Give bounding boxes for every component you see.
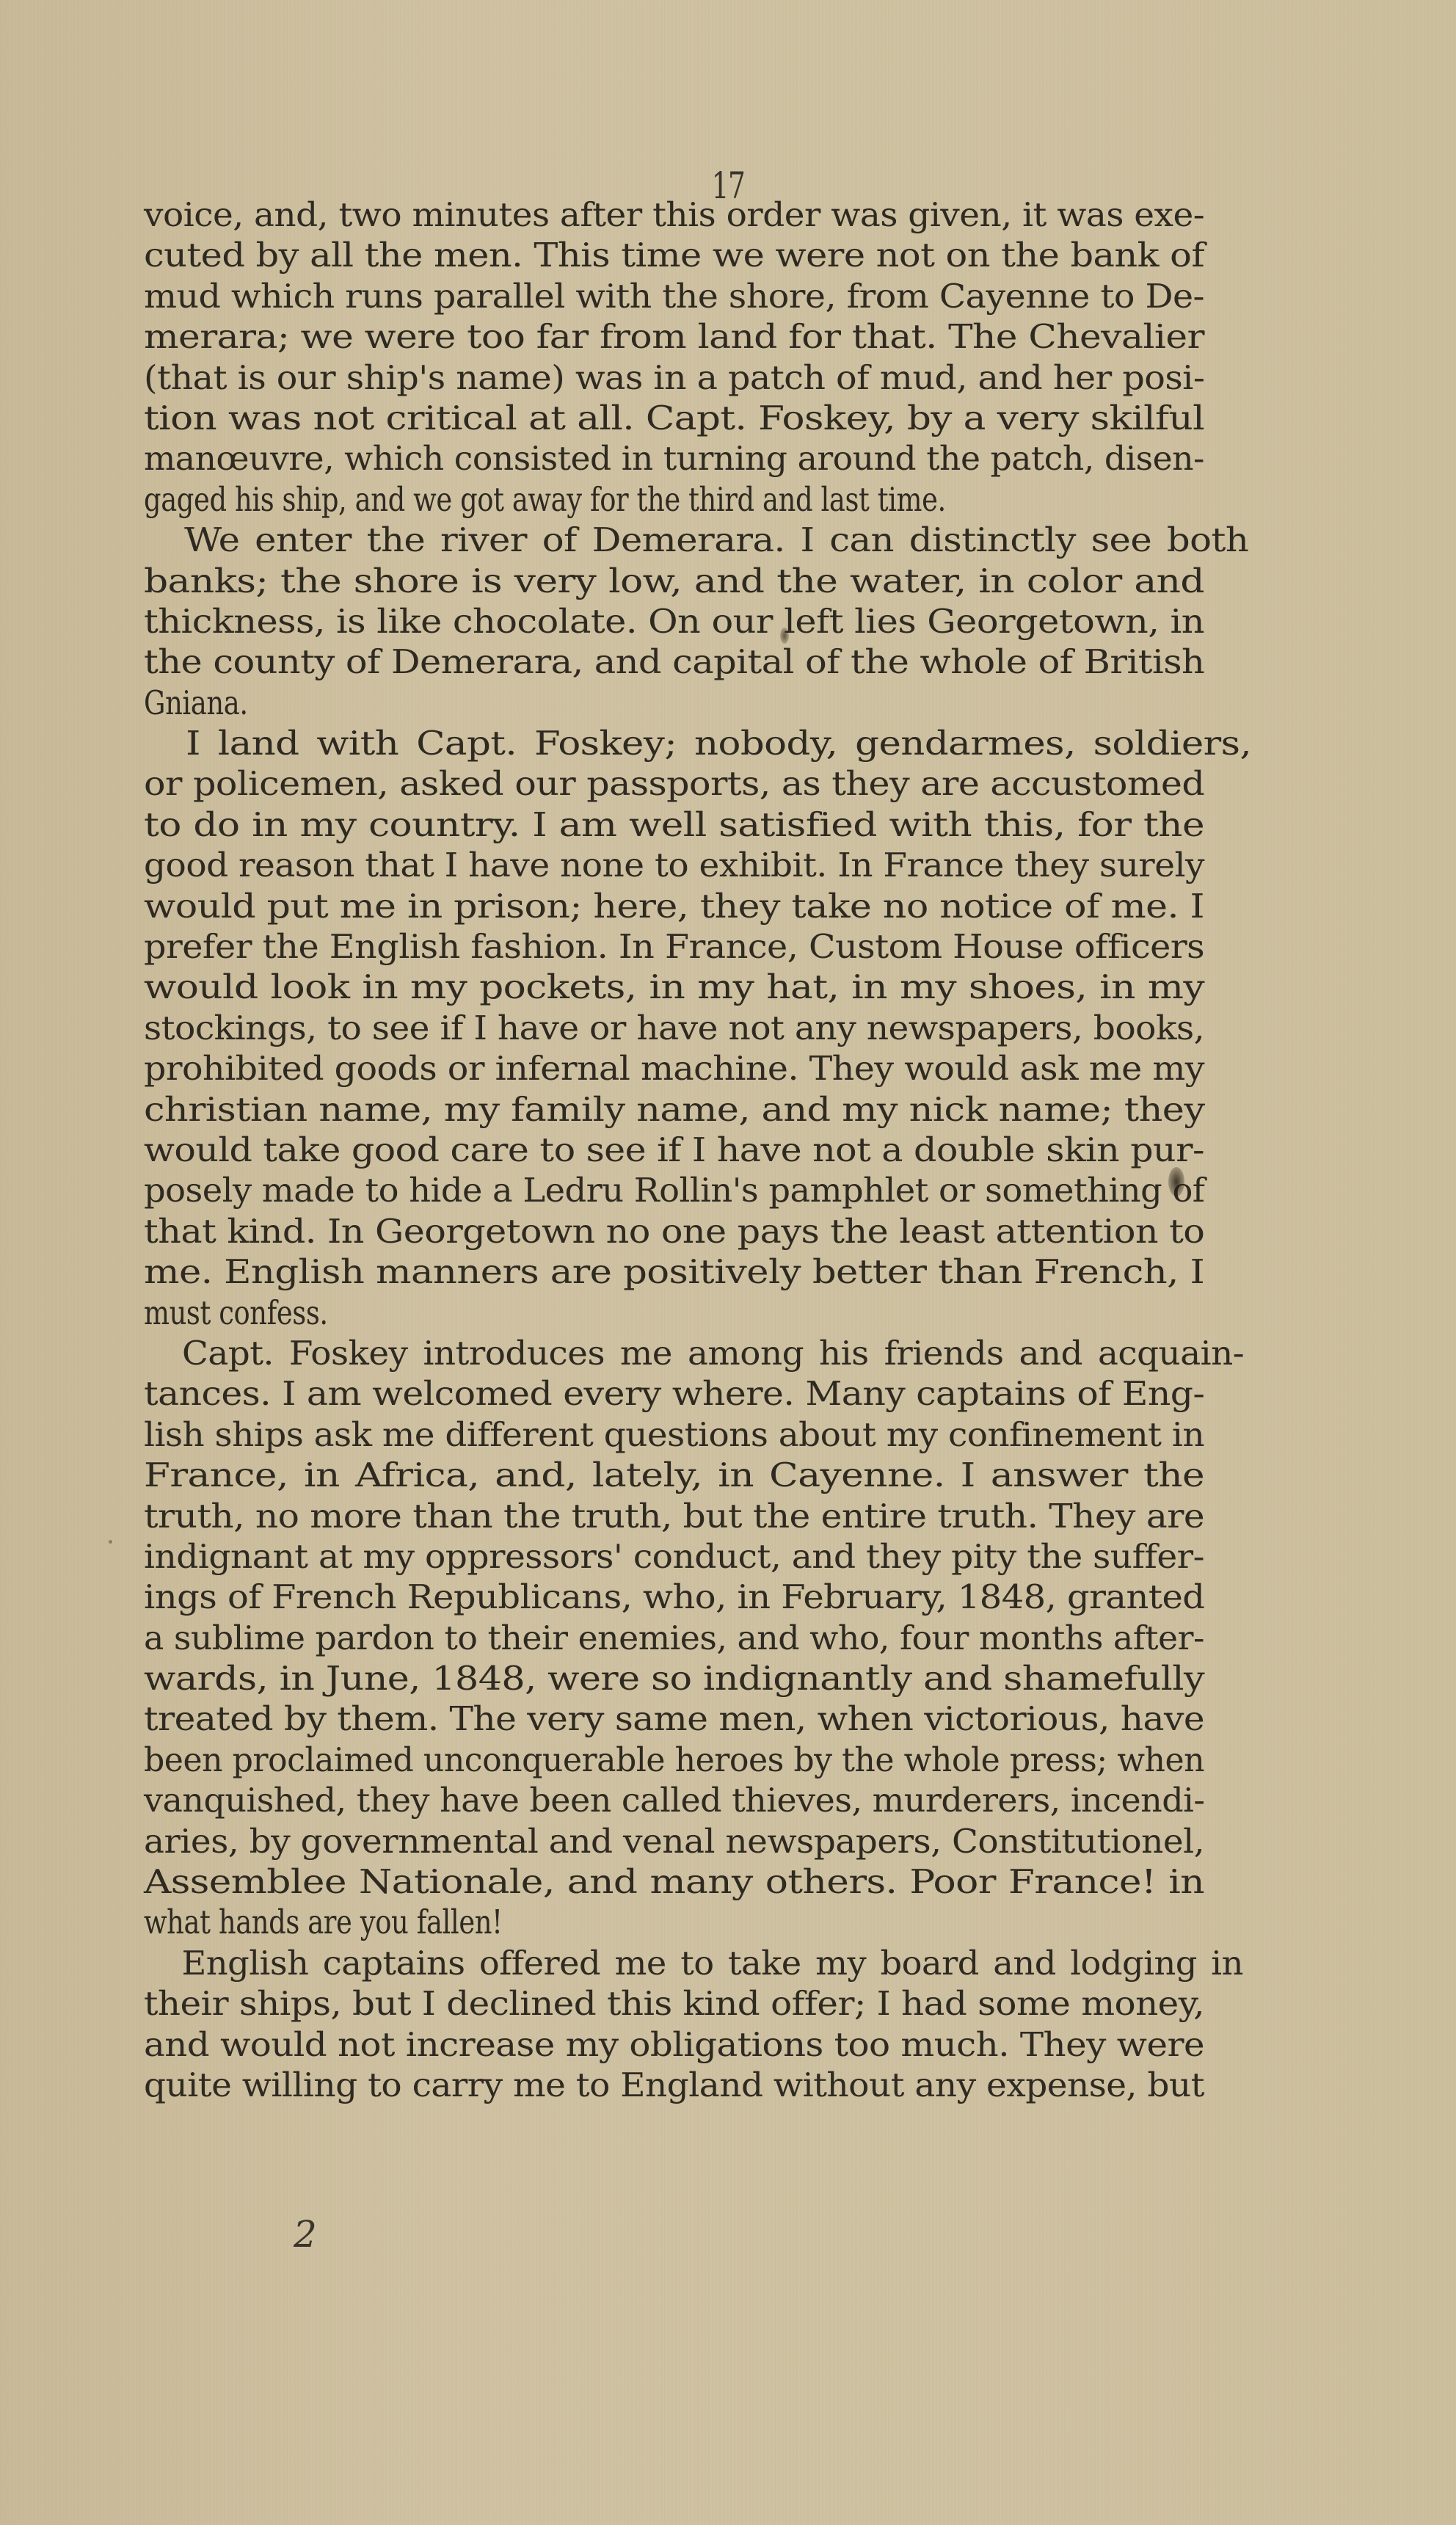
text-line: treated by them. The very same men, when…	[144, 1699, 1204, 1739]
text-line: their ships, but I declined this kind of…	[144, 1983, 1204, 2024]
text-line: (that is our ship's name) was in a patch…	[144, 357, 1204, 398]
text-line: I land with Capt. Foskey; nobody, gendar…	[144, 723, 1251, 763]
text-line: vanquished, they have been called thieve…	[144, 1780, 1204, 1820]
text-line: lish ships ask me different questions ab…	[144, 1414, 1204, 1455]
text-line: stockings, to see if I have or have not …	[144, 1008, 1204, 1048]
text-line: cuted by all the men. This time we were …	[144, 235, 1204, 275]
margin-speck	[109, 1540, 112, 1544]
text-line: Assemblee Nationale, and many others. Po…	[144, 1861, 1204, 1902]
paragraph: I land with Capt. Foskey; nobody, gendar…	[144, 723, 1204, 1333]
text-line: what hands are you fallen!	[144, 1902, 1013, 1942]
text-line: and would not increase my obligations to…	[144, 2024, 1204, 2065]
text-line: We enter the river of Demerara. I can di…	[144, 520, 1248, 560]
text-line: to do in my country. I am well satisfied…	[144, 804, 1204, 845]
text-line: prefer the English fashion. In France, C…	[144, 926, 1204, 967]
text-line: me. English manners are positively bette…	[144, 1251, 1204, 1292]
text-line: English captains offered me to take my b…	[144, 1943, 1243, 1983]
text-line: that kind. In Georgetown no one pays the…	[144, 1211, 1204, 1251]
text-line: manœuvre, which consisted in turning aro…	[144, 438, 1204, 479]
paragraph: English captains offered me to take my b…	[144, 1943, 1204, 2106]
text-line: would take good care to see if I have no…	[144, 1130, 1204, 1170]
text-line: voice, and, two minutes after this order…	[144, 195, 1204, 235]
signature-mark: 2	[294, 2213, 317, 2256]
body-text: voice, and, two minutes after this order…	[144, 195, 1204, 2105]
text-line: ings of French Republicans, who, in Febr…	[144, 1577, 1204, 1617]
text-line: France, in Africa, and, lately, in Cayen…	[144, 1455, 1204, 1495]
ink-blot-small	[780, 628, 789, 644]
text-line: thickness, is like chocolate. On our lef…	[144, 601, 1204, 642]
ink-blot	[1168, 1167, 1184, 1196]
text-line: or policemen, asked our passports, as th…	[144, 763, 1204, 804]
text-line: a sublime pardon to their enemies, and w…	[144, 1618, 1204, 1658]
text-line: good reason that I have none to exhibit.…	[144, 845, 1204, 885]
text-line: mud which runs parallel with the shore, …	[144, 276, 1204, 316]
text-line: christian name, my family name, and my n…	[144, 1089, 1204, 1130]
paragraph: Capt. Foskey introduces me among his fri…	[144, 1333, 1204, 1943]
text-line: banks; the shore is very low, and the wa…	[144, 561, 1204, 601]
text-line: would look in my pockets, in my hat, in …	[144, 967, 1204, 1007]
text-line: Capt. Foskey introduces me among his fri…	[144, 1333, 1244, 1373]
text-line: quite willing to carry me to England wit…	[144, 2065, 1204, 2105]
text-line: tances. I am welcomed every where. Many …	[144, 1373, 1204, 1414]
text-line: gaged his ship, and we got away for the …	[144, 479, 1013, 520]
text-line: the county of Demerara, and capital of t…	[144, 642, 1204, 682]
text-line: prohibited goods or infernal machine. Th…	[144, 1048, 1204, 1089]
text-line: aries, by governmental and venal newspap…	[144, 1821, 1204, 1861]
text-line: posely made to hide a Ledru Rollin's pam…	[144, 1170, 1204, 1210]
text-line: must confess.	[144, 1293, 1013, 1333]
text-line: merara; we were too far from land for th…	[144, 316, 1204, 357]
book-page: 17 voice, and, two minutes after this or…	[0, 0, 1456, 2525]
text-line: would put me in prison; here, they take …	[144, 886, 1204, 926]
text-line: truth, no more than the truth, but the e…	[144, 1496, 1204, 1536]
text-line: indignant at my oppressors' conduct, and…	[144, 1536, 1204, 1577]
text-line: wards, in June, 1848, were so indignantl…	[144, 1658, 1204, 1699]
text-line: tion was not critical at all. Capt. Fosk…	[144, 398, 1204, 438]
paragraph: voice, and, two minutes after this order…	[144, 195, 1204, 520]
text-line: Gniana.	[144, 683, 1013, 723]
text-line: been proclaimed unconquerable heroes by …	[144, 1740, 1204, 1780]
paragraph: We enter the river of Demerara. I can di…	[144, 520, 1204, 723]
